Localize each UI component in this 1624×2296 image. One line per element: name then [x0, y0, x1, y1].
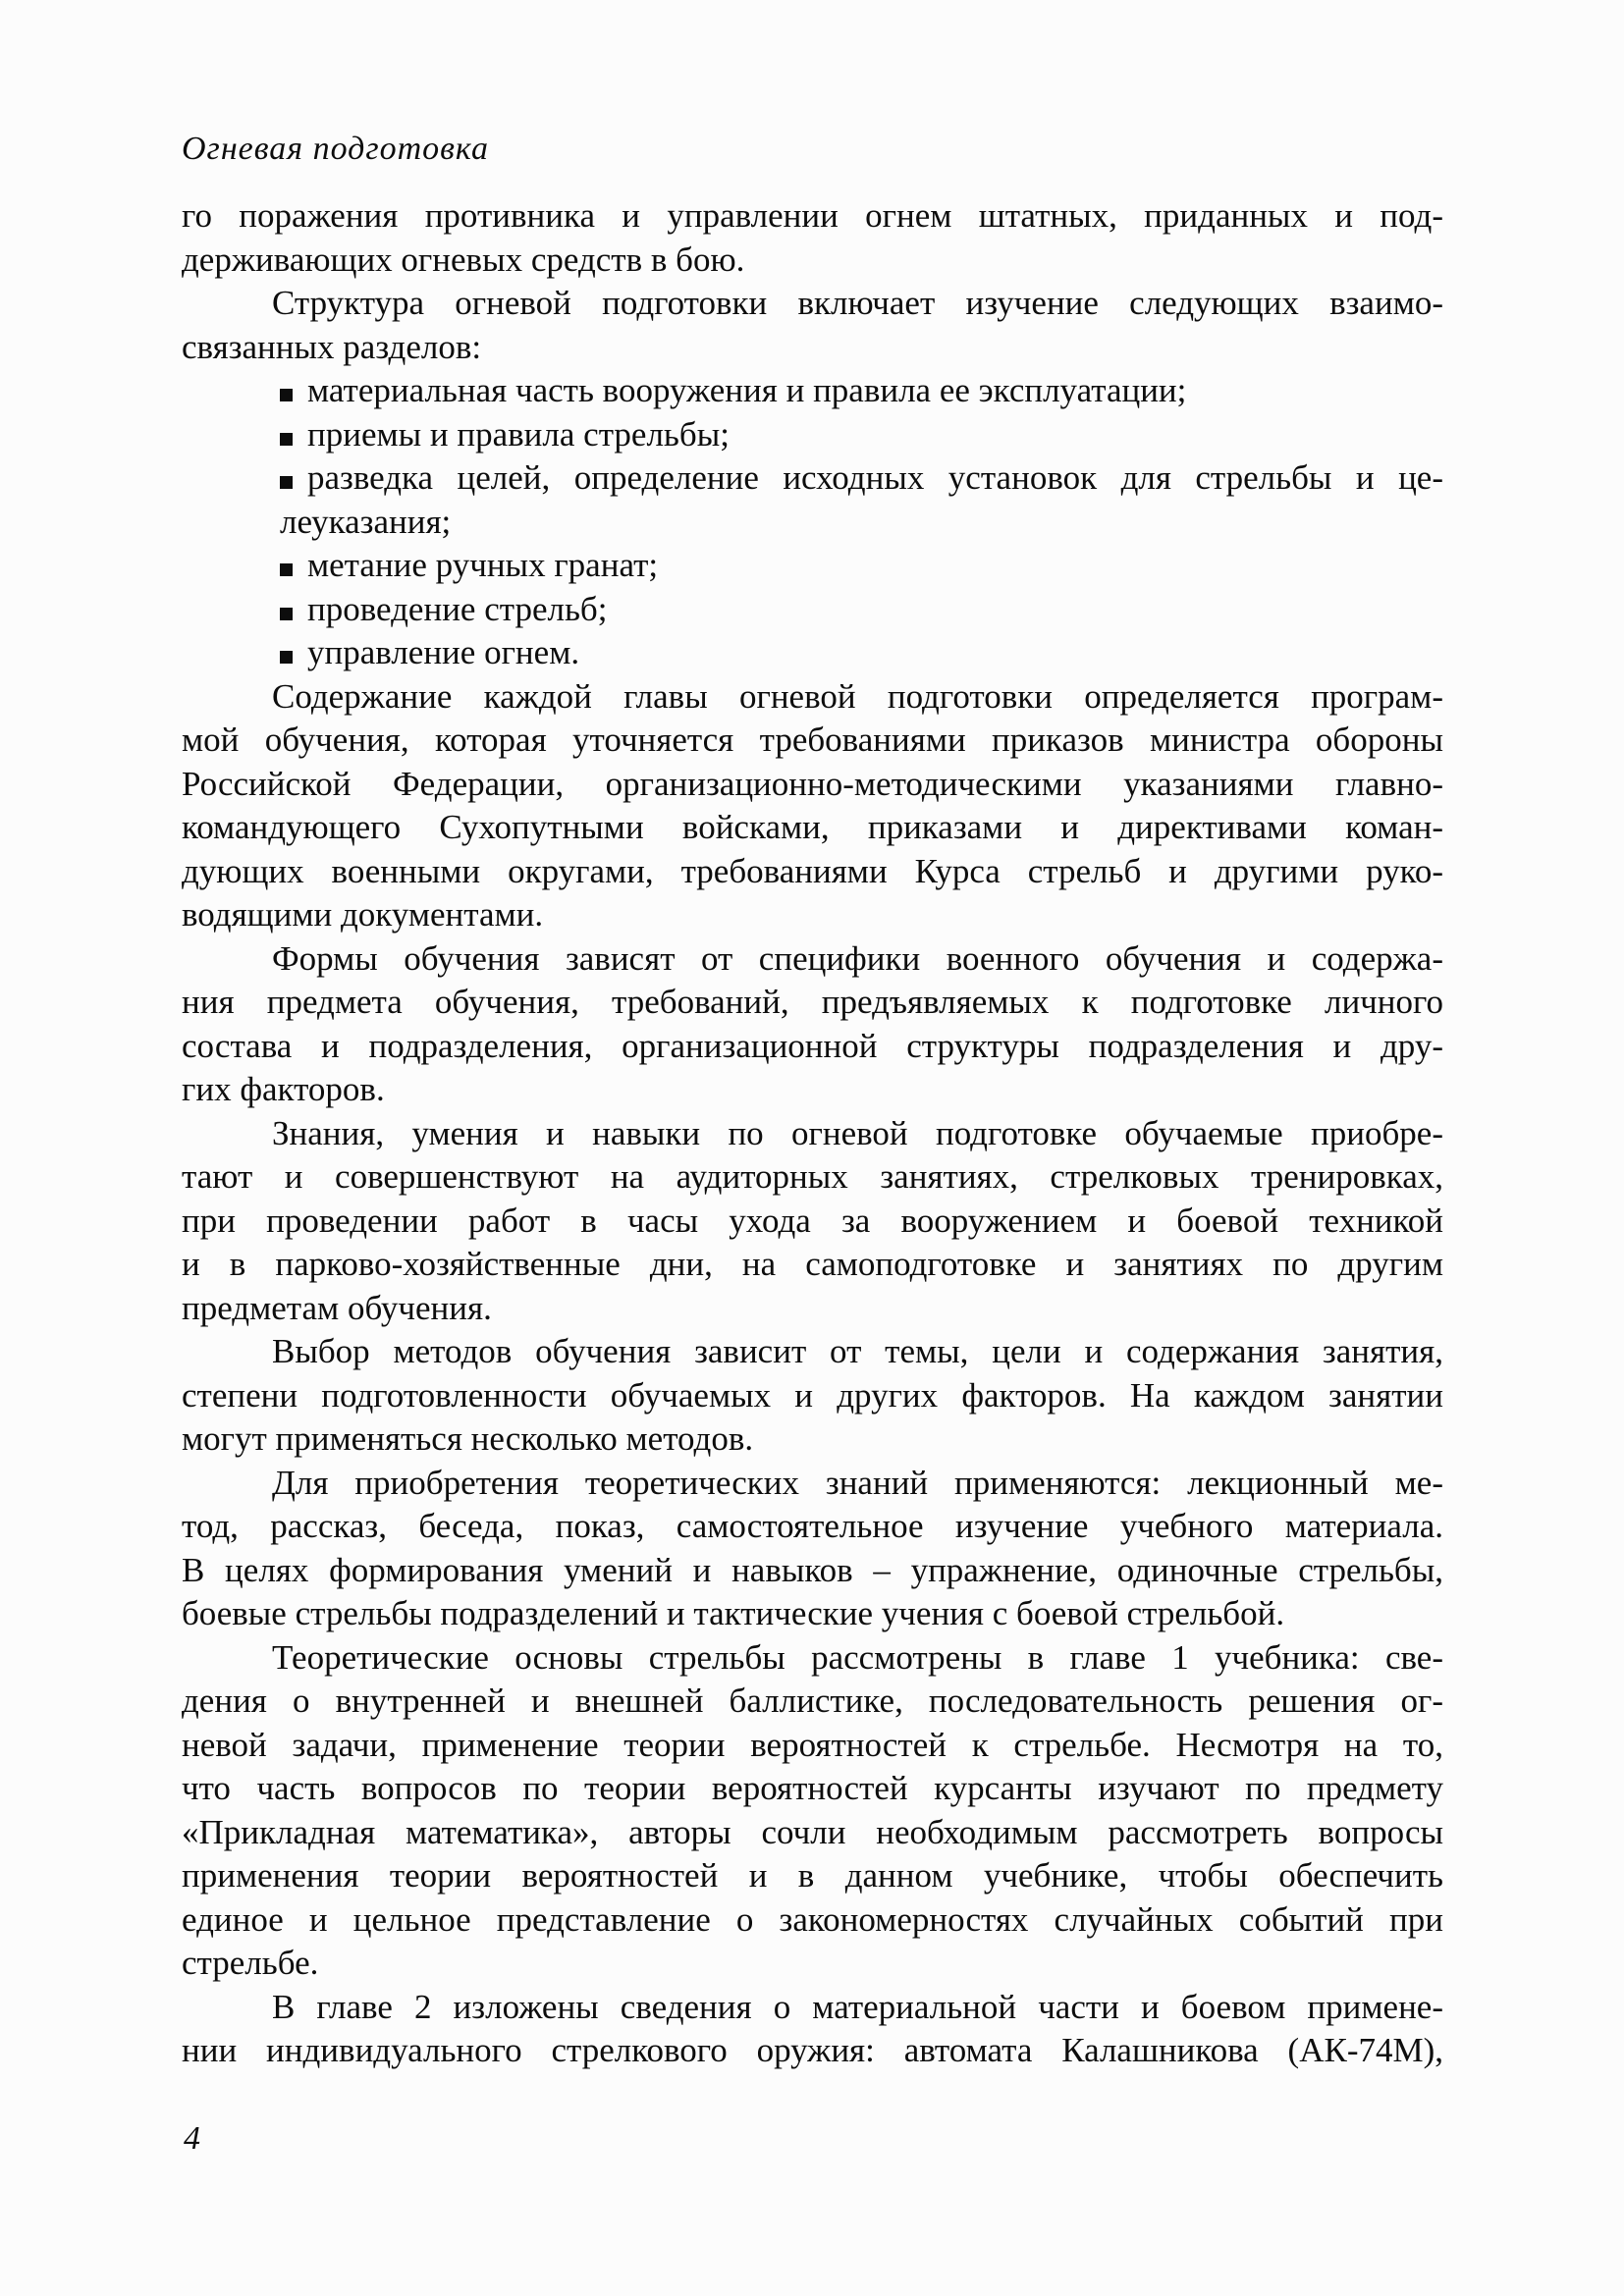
text-line: при проведении работ в часы ухода за воо…: [182, 1200, 1443, 1244]
text-line: Формы обучения зависят от специфики воен…: [182, 937, 1443, 982]
text-line: «Прикладная математика», авторы сочли не…: [182, 1811, 1443, 1855]
text-line: степени подготовленности обучаемых и дру…: [182, 1374, 1443, 1418]
text-line: невой задачи, применение теории вероятно…: [182, 1724, 1443, 1768]
bullet-square-icon: [280, 651, 293, 664]
text-line: боевые стрельбы подразделений и тактичес…: [182, 1592, 1443, 1636]
text-line: проведение стрельб;: [280, 588, 1443, 632]
bullet-item-text: проведение стрельб;: [307, 590, 607, 628]
bullet-item-text: управление огнем.: [307, 633, 579, 671]
text-line: состава и подразделения, организационной…: [182, 1025, 1443, 1069]
text-line: Российской Федерации, организационно-мет…: [182, 763, 1443, 807]
running-header: Огневая подготовка: [182, 130, 489, 169]
text-line: управление огнем.: [280, 631, 1443, 675]
text-line: могут применяться несколько методов.: [182, 1417, 1443, 1462]
bullet-item-text: приемы и правила стрельбы;: [307, 415, 730, 454]
text-line: что часть вопросов по теории вероятносте…: [182, 1767, 1443, 1811]
text-line: мой обучения, которая уточняется требова…: [182, 719, 1443, 763]
text-column: го поражения противника и управлении огн…: [182, 194, 1443, 2073]
text-line: приемы и правила стрельбы;: [280, 413, 1443, 457]
text-line: тают и совершенствуют на аудиторных заня…: [182, 1155, 1443, 1200]
text-line: нии индивидуального стрелкового оружия: …: [182, 2029, 1443, 2073]
page-number: 4: [184, 2118, 200, 2160]
text-line: метание ручных гранат;: [280, 544, 1443, 588]
text-line: Выбор методов обучения зависит от темы, …: [182, 1330, 1443, 1374]
text-line: держивающих огневых средств в бою.: [182, 239, 1443, 283]
text-line: применения теории вероятностей и в данно…: [182, 1854, 1443, 1898]
bullet-item-text: метание ручных гранат;: [307, 546, 658, 584]
text-line: и в парково-хозяйственные дни, на самопо…: [182, 1243, 1443, 1287]
bullet-item-text: разведка целей, определение исходных уст…: [307, 458, 1443, 497]
text-line: командующего Сухопутными войсками, прика…: [182, 806, 1443, 850]
bullet-square-icon: [280, 433, 293, 446]
bullet-square-icon: [280, 476, 293, 489]
text-line: гих факторов.: [182, 1068, 1443, 1112]
text-line: дующих военными округами, требованиями К…: [182, 850, 1443, 894]
text-line: стрельбе.: [182, 1942, 1443, 1986]
text-line: предметам обучения.: [182, 1287, 1443, 1331]
text-line: Знания, умения и навыки по огневой подго…: [182, 1112, 1443, 1156]
bullet-square-icon: [280, 608, 293, 620]
bullet-square-icon: [280, 389, 293, 401]
text-line: тод, рассказ, беседа, показ, самостоятел…: [182, 1505, 1443, 1549]
document-page: Огневая подготовка го поражения противни…: [0, 0, 1624, 2296]
bullet-item-text: материальная часть вооружения и правила …: [307, 371, 1186, 409]
text-line: водящими документами.: [182, 893, 1443, 937]
text-line: ния предмета обучения, требований, предъ…: [182, 981, 1443, 1025]
text-line: разведка целей, определение исходных уст…: [280, 456, 1443, 501]
text-line: единое и цельное представление о законом…: [182, 1898, 1443, 1943]
text-line: Содержание каждой главы огневой подготов…: [182, 675, 1443, 720]
text-line: В целях формирования умений и навыков – …: [182, 1549, 1443, 1593]
text-line: Теоретические основы стрельбы рассмотрен…: [182, 1636, 1443, 1681]
text-line: Для приобретения теоретических знаний пр…: [182, 1462, 1443, 1506]
text-line: Структура огневой подготовки включает из…: [182, 282, 1443, 326]
text-line: леуказания;: [280, 501, 1443, 545]
text-line: связанных разделов:: [182, 326, 1443, 370]
text-line: В главе 2 изложены сведения о материальн…: [182, 1986, 1443, 2030]
text-line: материальная часть вооружения и правила …: [280, 369, 1443, 413]
text-line: дения о внутренней и внешней баллистике,…: [182, 1680, 1443, 1724]
bullet-square-icon: [280, 563, 293, 576]
text-line: го поражения противника и управлении огн…: [182, 194, 1443, 239]
